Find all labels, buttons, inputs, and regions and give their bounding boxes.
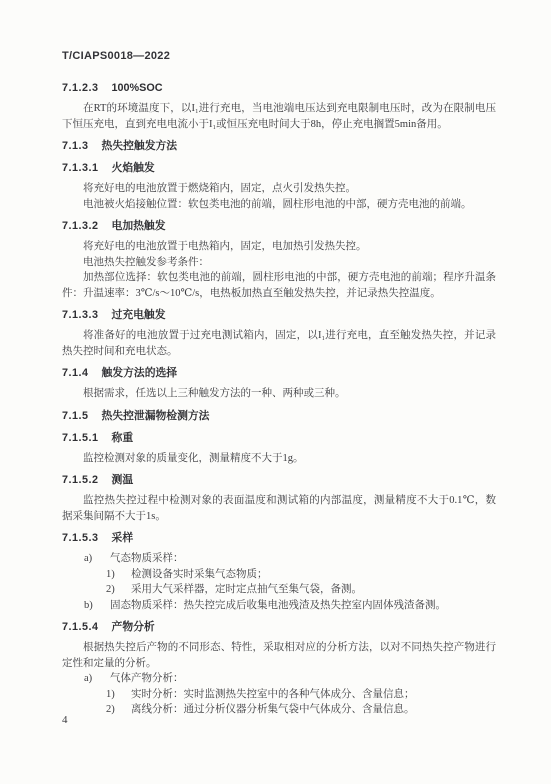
paragraph: 监控热失控过程中检测对象的表面温度和测试箱的内部温度，测量精度不大于0.1℃，数…: [62, 493, 496, 524]
list-item: b)固态物质采样：热失控完成后收集电池残渣及热失控室内固体残渣备测。: [84, 598, 496, 614]
section-number: 7.1.5.3: [62, 532, 99, 544]
section-number: 7.1.5.1: [62, 432, 99, 444]
paragraph: 加热部位选择：软包类电池的前端，圆柱形电池的中部，硬方壳电池的前端；程序升温条件…: [62, 270, 496, 301]
list-marker: 2): [106, 702, 131, 718]
section-heading: 7.1.5.4产物分析: [62, 619, 496, 635]
list-marker: a): [84, 671, 110, 687]
paragraph: 在RT的环境温度下，以I₁进行充电，当电池端电压达到充电限制电压时，改为在限制电…: [62, 101, 496, 132]
paragraph: 电池热失控触发参考条件：: [62, 255, 496, 271]
list-item: a)气态物质采样：: [84, 551, 496, 567]
section-number: 7.1.3.1: [62, 162, 99, 174]
list-marker: a): [84, 551, 110, 567]
paragraph: 电池被火焰接触位置：软包类电池的前端，圆柱形电池的中部，硬方壳电池的前端。: [62, 197, 496, 213]
section-heading: 7.1.5热失控泄漏物检测方法: [62, 408, 496, 424]
list-marker: 1): [106, 567, 131, 583]
section-number: 7.1.5: [62, 410, 89, 422]
section-heading: 7.1.3.1火焰触发: [62, 160, 496, 176]
section-number: 7.1.2.3: [62, 82, 99, 94]
list-item: 1)实时分析：实时监测热失控室中的各种气体成分、含量信息；: [106, 687, 496, 703]
list-text: 离线分析：通过分析仪器分析集气袋中气体成分、含量信息。: [131, 702, 496, 718]
list-marker: b): [84, 598, 110, 614]
page-number: 4: [62, 714, 68, 726]
section-title: 热失控触发方法: [102, 140, 178, 152]
section-number: 7.1.5.2: [62, 474, 99, 486]
section-heading: 7.1.3热失控触发方法: [62, 138, 496, 154]
section-title: 产物分析: [112, 621, 155, 633]
paragraph: 根据需求，任选以上三种触发方法的一种、两种或三种。: [62, 386, 496, 402]
paragraph: 将准备好的电池放置于过充电测试箱内，固定，以I₁进行充电，直至触发热失控，并记录…: [62, 328, 496, 359]
section-title: 称重: [112, 432, 134, 444]
document-page: T/CIAPS0018—2022 7.1.2.3100%SOC在RT的环境温度下…: [0, 0, 551, 784]
list-text: 气体产物分析：: [110, 671, 496, 687]
list-text: 固态物质采样：热失控完成后收集电池残渣及热失控室内固体残渣备测。: [110, 598, 496, 614]
list-marker: 1): [106, 687, 131, 703]
section-heading: 7.1.5.2测温: [62, 472, 496, 488]
list-item: a)气体产物分析：: [84, 671, 496, 687]
list-item: 2)采用大气采样器，定时定点抽气至集气袋，备测。: [106, 582, 496, 598]
section-number: 7.1.3.3: [62, 309, 99, 321]
list-text: 采用大气采样器，定时定点抽气至集气袋，备测。: [131, 582, 496, 598]
paragraph: 将充好电的电池放置于电热箱内，固定，电加热引发热失控。: [62, 239, 496, 255]
section-number: 7.1.3.2: [62, 220, 99, 232]
list-text: 检测设备实时采集气态物质；: [131, 567, 496, 583]
section-title: 采样: [112, 532, 134, 544]
list-item: 2)离线分析：通过分析仪器分析集气袋中气体成分、含量信息。: [106, 702, 496, 718]
list-text: 实时分析：实时监测热失控室中的各种气体成分、含量信息；: [131, 687, 496, 703]
section-heading: 7.1.5.1称重: [62, 430, 496, 446]
section-title: 火焰触发: [112, 162, 155, 174]
section-number: 7.1.3: [62, 140, 89, 152]
list-marker: 2): [106, 582, 131, 598]
section-title: 电加热触发: [112, 220, 166, 232]
list-item: 1)检测设备实时采集气态物质；: [106, 567, 496, 583]
section-heading: 7.1.3.3过充电触发: [62, 307, 496, 323]
section-heading: 7.1.5.3采样: [62, 530, 496, 546]
paragraph: 根据热失控后产物的不同形态、特性，采取相对应的分析方法，以对不同热失控产物进行定…: [62, 640, 496, 671]
section-title: 100%SOC: [112, 82, 163, 94]
paragraph: 监控检测对象的质量变化，测量精度不大于1g。: [62, 451, 496, 467]
paragraph: 将充好电的电池放置于燃烧箱内，固定，点火引发热失控。: [62, 181, 496, 197]
document-number: T/CIAPS0018—2022: [62, 50, 170, 62]
list-text: 气态物质采样：: [110, 551, 496, 567]
document-content: 7.1.2.3100%SOC在RT的环境温度下，以I₁进行充电，当电池端电压达到…: [62, 74, 496, 718]
section-heading: 7.1.4触发方法的选择: [62, 365, 496, 381]
section-title: 热失控泄漏物检测方法: [102, 410, 210, 422]
section-title: 过充电触发: [112, 309, 166, 321]
section-heading: 7.1.2.3100%SOC: [62, 80, 496, 96]
section-title: 触发方法的选择: [102, 367, 178, 379]
section-heading: 7.1.3.2电加热触发: [62, 218, 496, 234]
section-number: 7.1.4: [62, 367, 89, 379]
section-number: 7.1.5.4: [62, 621, 99, 633]
section-title: 测温: [112, 474, 134, 486]
